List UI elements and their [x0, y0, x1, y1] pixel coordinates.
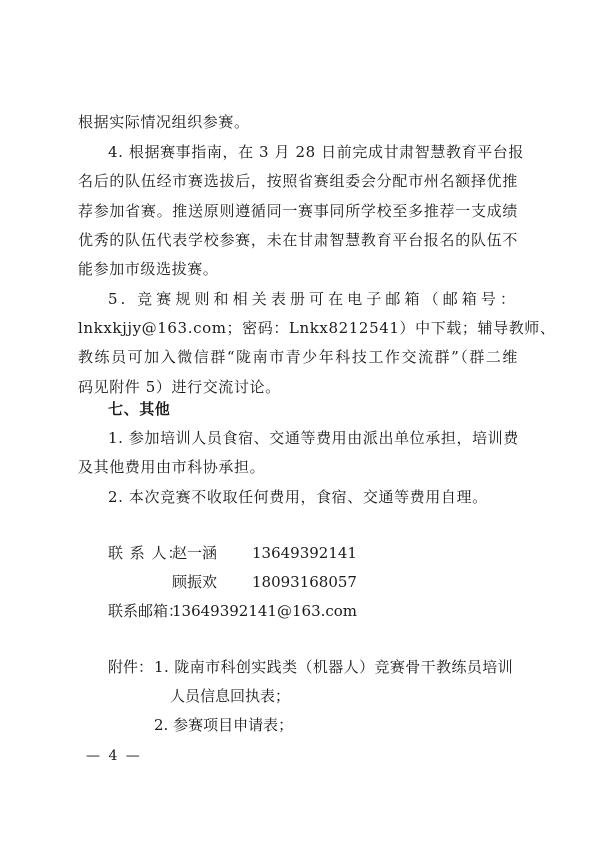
contact-2-phone: 18093168057	[252, 573, 357, 591]
attachment-1-line-2: 人员信息回执表；	[170, 687, 290, 705]
section-7-item-1-line-2: 及其他费用由市科协承担。	[78, 458, 518, 476]
attachments-label: 附件：	[108, 658, 153, 676]
contact-1-phone: 13649392141	[252, 544, 357, 562]
page-number: — 4 —	[86, 747, 142, 765]
item-5-line-2: lnkxkjjy@163.com；密码：Lnkx8212541）中下载；辅导教师…	[78, 319, 518, 337]
item-4-line-4: 优秀的队伍代表学校参赛，未在甘肃智慧教育平台报名的队伍不	[78, 231, 518, 249]
paragraph-continuation: 根据实际情况组织参赛。	[78, 113, 518, 131]
item-5-line-1: 5. 竞赛规则和相关表册可在电子邮箱（邮箱号：	[108, 290, 518, 308]
contact-email: 13649392141@163.com	[172, 602, 357, 620]
item-4-line-5: 能参加市级选拔赛。	[78, 260, 518, 278]
contact-2-name: 顾振欢	[172, 573, 217, 591]
item-5-line-4: 码见附件 5）进行交流讨论。	[78, 378, 518, 396]
item-4-line-2: 名后的队伍经市赛选拔后，按照省赛组委会分配市州名额择优推	[78, 172, 518, 190]
item-4-line-3: 荐参加省赛。推送原则遵循同一赛事同所学校至多推荐一支成绩	[78, 202, 518, 220]
section-7-item-2: 2. 本次竞赛不收取任何费用，食宿、交通等费用自理。	[108, 488, 518, 506]
section-7-item-1-line-1: 1. 参加培训人员食宿、交通等费用由派出单位承担，培训费	[108, 429, 518, 447]
attachment-1-line-1: 1. 陇南市科创实践类（机器人）竞赛骨干教练员培训	[154, 658, 513, 676]
contact-1-name: 赵一涵	[172, 544, 217, 562]
item-5-line-3: 教练员可加入微信群“陇南市青少年科技工作交流群”（群二维	[78, 348, 518, 366]
section-heading-other: 七、其他	[108, 400, 548, 418]
item-4-line-1: 4. 根据赛事指南，在 3 月 28 日前完成甘肃智慧教育平台报	[108, 143, 518, 161]
attachment-2: 2. 参赛项目申请表；	[154, 716, 293, 734]
